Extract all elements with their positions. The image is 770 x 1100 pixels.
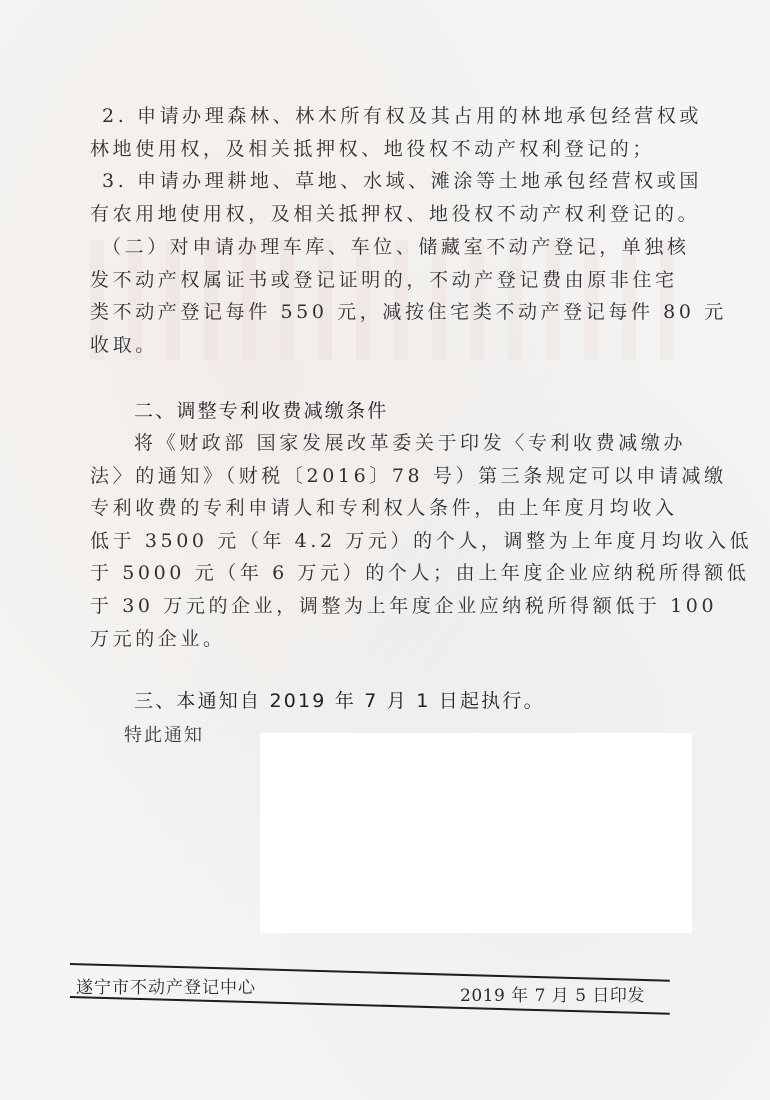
section-2-heading: 二、调整专利收费减缴条件 xyxy=(134,396,388,423)
text-line: 于 30 万元的企业，调整为上年度企业应纳税所得额低于 100 xyxy=(90,590,686,623)
text-line: 有农用地使用权，及相关抵押权、地役权不动产权利登记的。 xyxy=(90,198,686,231)
section-3-heading: 三、本通知自 2019 年 7 月 1 日起执行。 xyxy=(134,686,545,713)
section-2-paragraph: 将《财政部 国家发展改革委关于印发〈专利收费减缴办 法〉的通知》（财税〔2016… xyxy=(90,427,686,655)
text-line: 低于 3500 元（年 4.2 万元）的个人，调整为上年度月均收入低 xyxy=(90,525,686,558)
text-line: 林地使用权，及相关抵押权、地役权不动产权利登记的； xyxy=(90,133,686,166)
text-line: 于 5000 元（年 6 万元）的个人；由上年度企业应纳税所得额低 xyxy=(90,557,686,590)
text-line: 3. 申请办理耕地、草地、水域、滩涂等土地承包经营权或国 xyxy=(90,165,686,198)
item-2-paragraph: 2. 申请办理森林、林木所有权及其占用的林地承包经营权或 林地使用权，及相关抵押… xyxy=(90,100,686,165)
text-line: 发不动产权属证书或登记证明的，不动产登记费由原非住宅 xyxy=(90,264,686,297)
text-line: （二）对申请办理车库、车位、储藏室不动产登记，单独核 xyxy=(90,231,686,264)
text-line: 2. 申请办理森林、林木所有权及其占用的林地承包经营权或 xyxy=(90,100,686,133)
text-line: 收取。 xyxy=(90,329,686,362)
issue-date: 2019 年 7 月 5 日印发 xyxy=(460,981,645,1006)
text-line: 类不动产登记每件 550 元，减按住宅类不动产登记每件 80 元 xyxy=(90,296,686,329)
text-line: 将《财政部 国家发展改革委关于印发〈专利收费减缴办 xyxy=(90,427,686,460)
closing-text: 特此通知 xyxy=(124,721,204,747)
text-line: 万元的企业。 xyxy=(90,623,686,656)
redacted-area xyxy=(260,733,692,933)
subsection-2-paragraph: （二）对申请办理车库、车位、储藏室不动产登记，单独核 发不动产权属证书或登记证明… xyxy=(90,231,686,361)
text-line: 法〉的通知》（财税〔2016〕78 号）第三条规定可以申请减缴 xyxy=(90,460,686,493)
issuer-name: 遂宁市不动产登记中心 xyxy=(76,973,256,998)
text-line: 专利收费的专利申请人和专利权人条件，由上年度月均收入 xyxy=(90,492,686,525)
item-3-paragraph: 3. 申请办理耕地、草地、水域、滩涂等土地承包经营权或国 有农用地使用权，及相关… xyxy=(90,165,686,230)
